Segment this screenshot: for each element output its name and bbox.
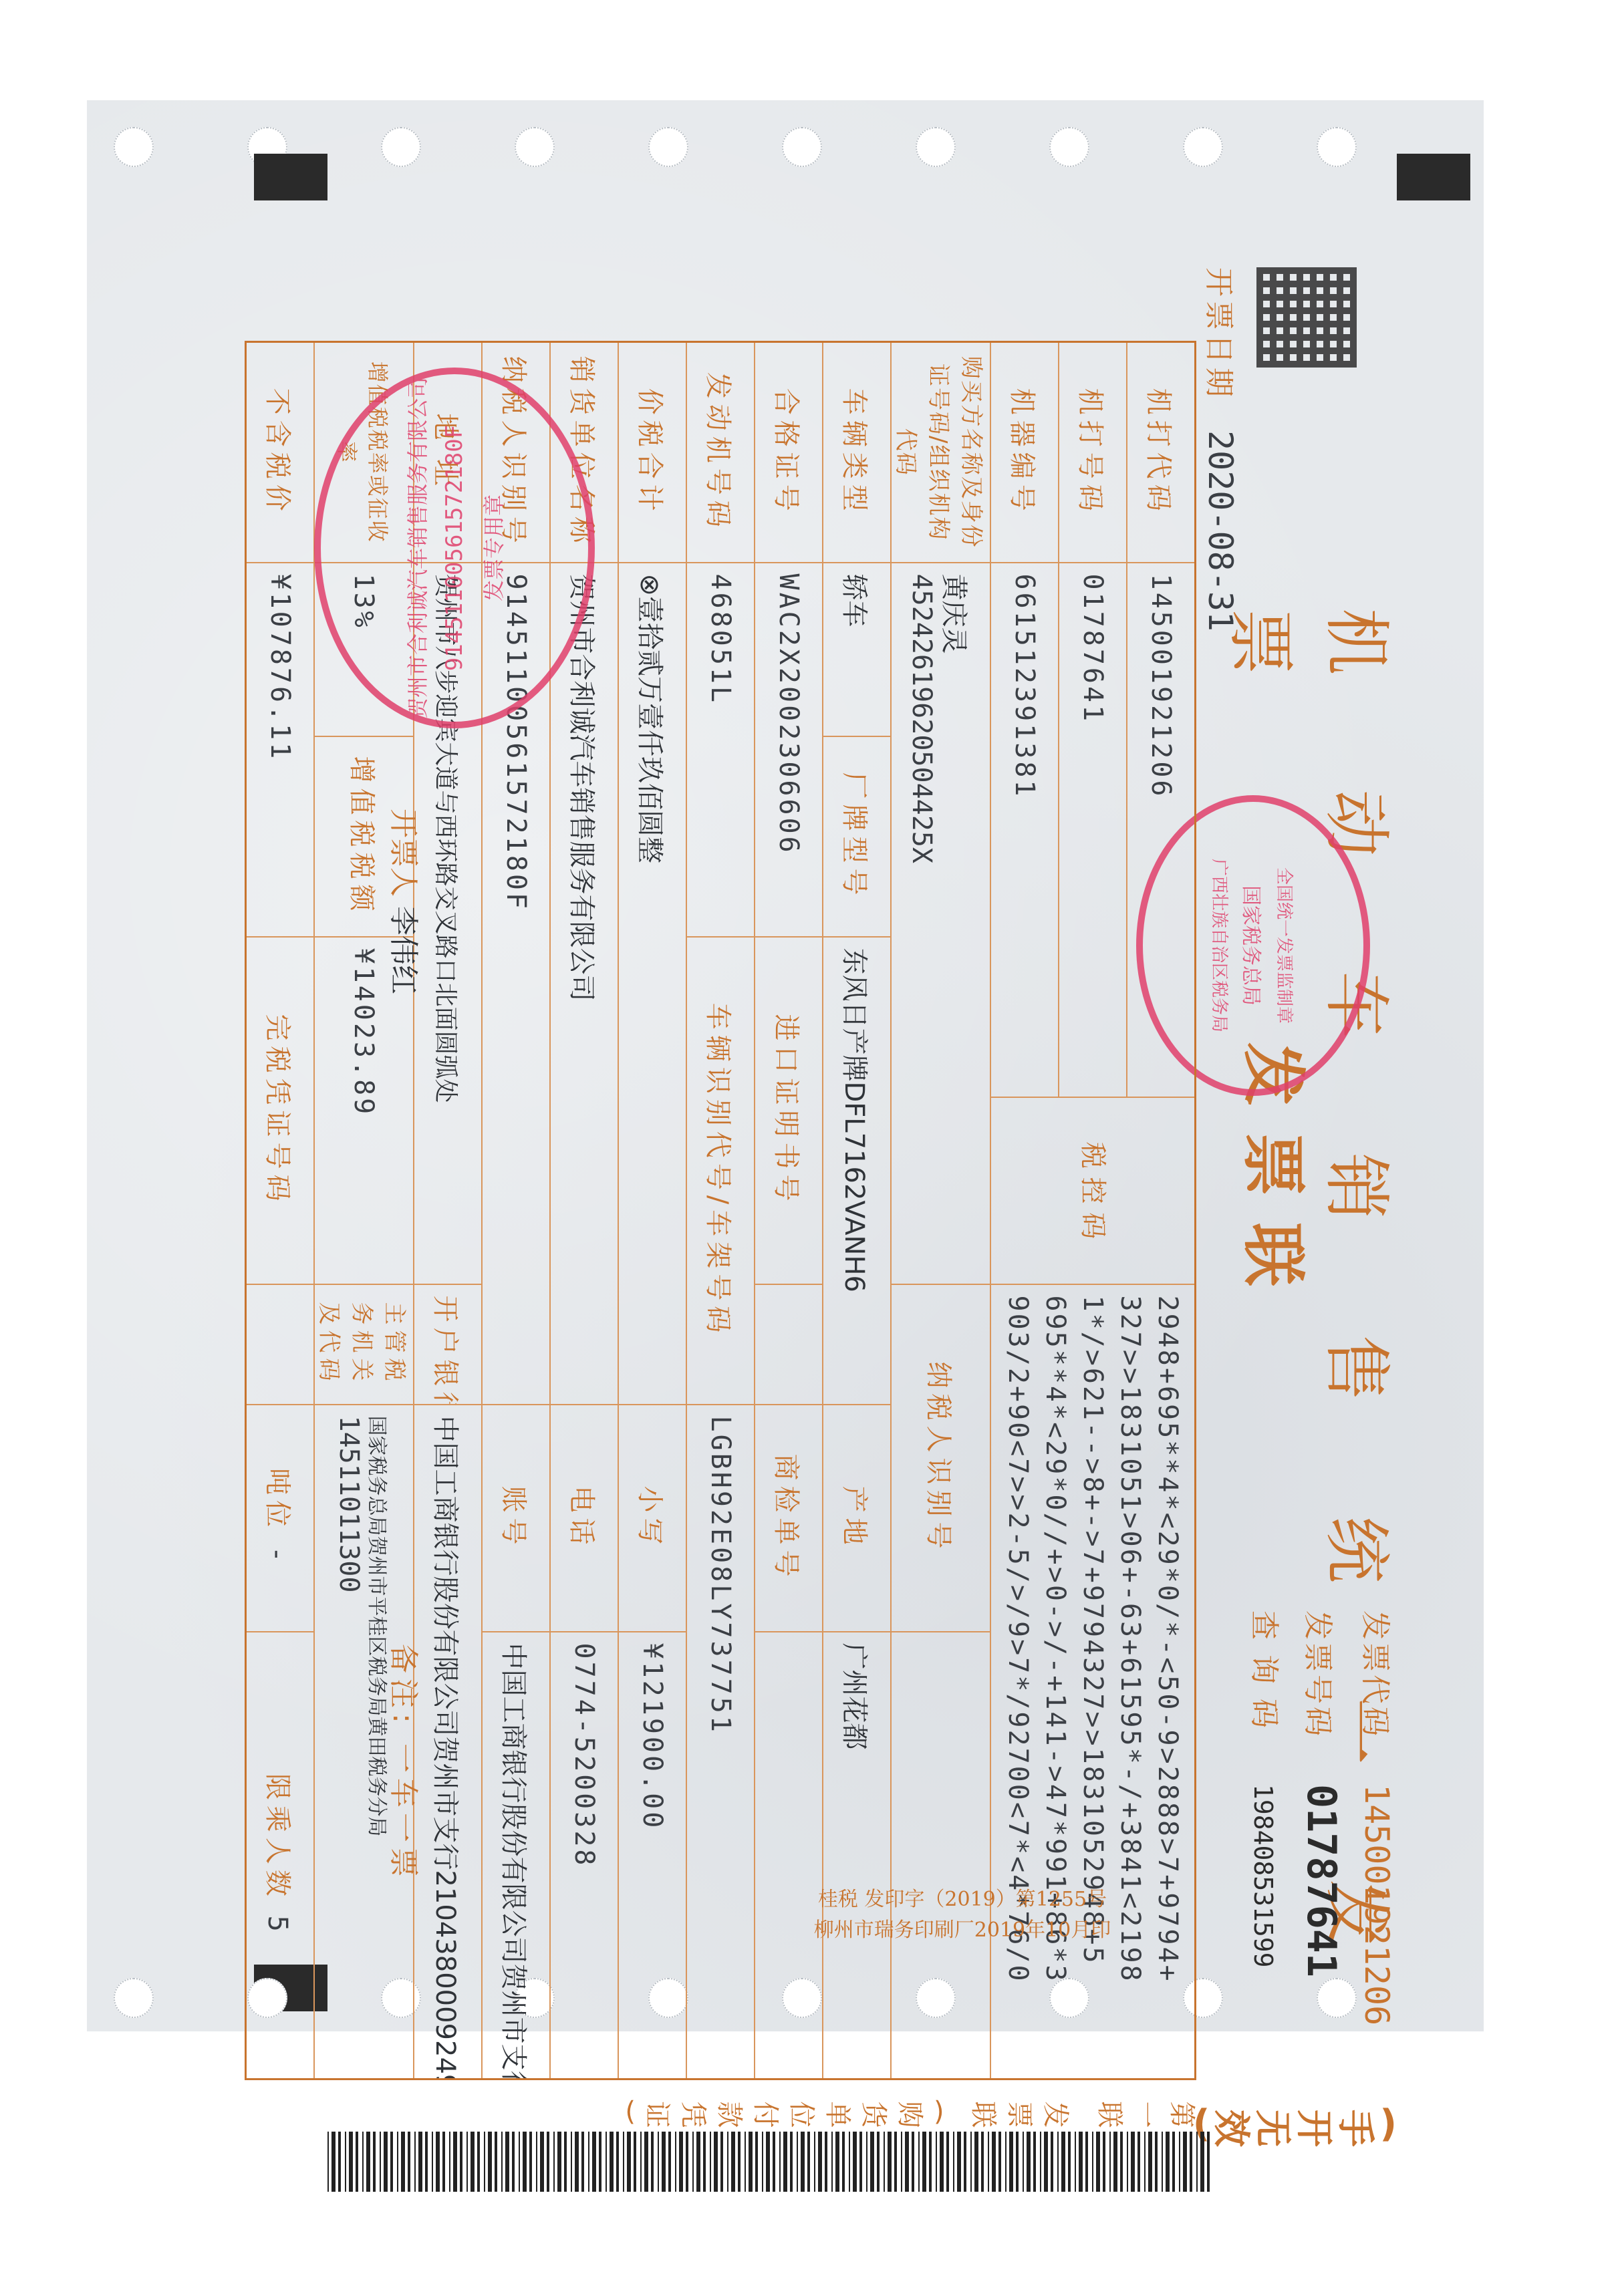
machine-code: 145001921206 [1127, 563, 1196, 1097]
tax-control-code: 2948+695**4*<29*0/*-<50-9>2888>7+9794+ 3… [990, 1284, 1196, 2079]
seller-account: 中国工商银行股份有限公司贺州市支行210438 [482, 1632, 550, 2079]
buyer-taxpayer-id [891, 1632, 990, 2079]
passenger-limit: 5 [263, 1916, 293, 1937]
hand-written-invalid-note: (手开无效) [1189, 2098, 1397, 2152]
paid-certificate [246, 1284, 315, 1405]
tonnage: - [263, 1546, 293, 1568]
barcode [327, 2132, 1210, 2192]
seller-name: 贺州市合利诚汽车销售服务有限公司 [550, 563, 618, 1405]
issue-date-row: 开票日期 2020-08-31 [1200, 267, 1243, 631]
copy-note: 第一联 发票联 (购货单位付款凭证) [616, 2092, 1196, 2132]
registration-mark-top [254, 154, 327, 200]
vin: LGBH92E08LY737751 [686, 1405, 755, 2079]
issue-date: 2020-08-31 [1201, 430, 1240, 631]
net-price: ¥107876.11 [246, 563, 315, 937]
certificate-number: WAC2X2002306606 [755, 563, 823, 937]
printer-info: 桂税 发印字（2019）第1255号 柳州市瑞务印刷厂2019年10月印 [728, 1884, 1196, 1946]
buyer-name-id: 黄庆灵 45242619620504425X [891, 563, 990, 1284]
registration-mark-top-right [1397, 154, 1470, 200]
invoice-code: 145001921206 [1357, 1784, 1396, 2025]
remark-row: 备注: 一车一票 [385, 1644, 428, 1882]
buyer-id-number: 45242619620504425X [906, 574, 937, 1273]
vehicle-type: 轿车 [823, 563, 891, 736]
issuer-row: 开票人 李伟红 [385, 809, 428, 994]
query-code: 19840853159​9 [1248, 1784, 1278, 1968]
remark-text: 一车一票 [386, 1743, 420, 1882]
tax-control-label: 税 控 码 [990, 1097, 1196, 1284]
buyer-name: 黄庆灵 [937, 574, 975, 1273]
invoice-header-codes: 发票代码145001921206 发票号码01787641 查 询 码19840… [1236, 1610, 1403, 2025]
total-small: ¥121900.00 [618, 1632, 686, 2079]
seller-phone: 0774-5200328 [550, 1632, 618, 2079]
total-uppercase: ⊗壹拾贰万壹仟玖佰圆整 [618, 563, 686, 1405]
brand-model: 东风日产牌DFL7162VANH6 [823, 937, 891, 1405]
inspection-number [755, 1632, 823, 2079]
tax-authority-code: 14511011300 [334, 1416, 365, 2068]
invoice-number: 01787641 [1298, 1784, 1345, 1977]
origin: 广州花都 [823, 1632, 891, 2079]
qr-code [1256, 267, 1357, 368]
machine-number: 01787641 [1059, 563, 1127, 1097]
import-certificate [755, 1284, 823, 1405]
seller-invoice-stamp: 贺州市合利诚汽车销售服务有限公司 91451100561572180F 发票专用… [314, 368, 595, 728]
invoice-form: 机 动 车 销 售 统 一 发 票 发票联 全国统一发票监制章 国家税务总局 广… [234, 207, 1437, 2132]
engine-number: 468051L [686, 563, 755, 937]
machine-serial: 661512391381 [990, 563, 1059, 1097]
issuer-name: 李伟红 [386, 906, 420, 994]
